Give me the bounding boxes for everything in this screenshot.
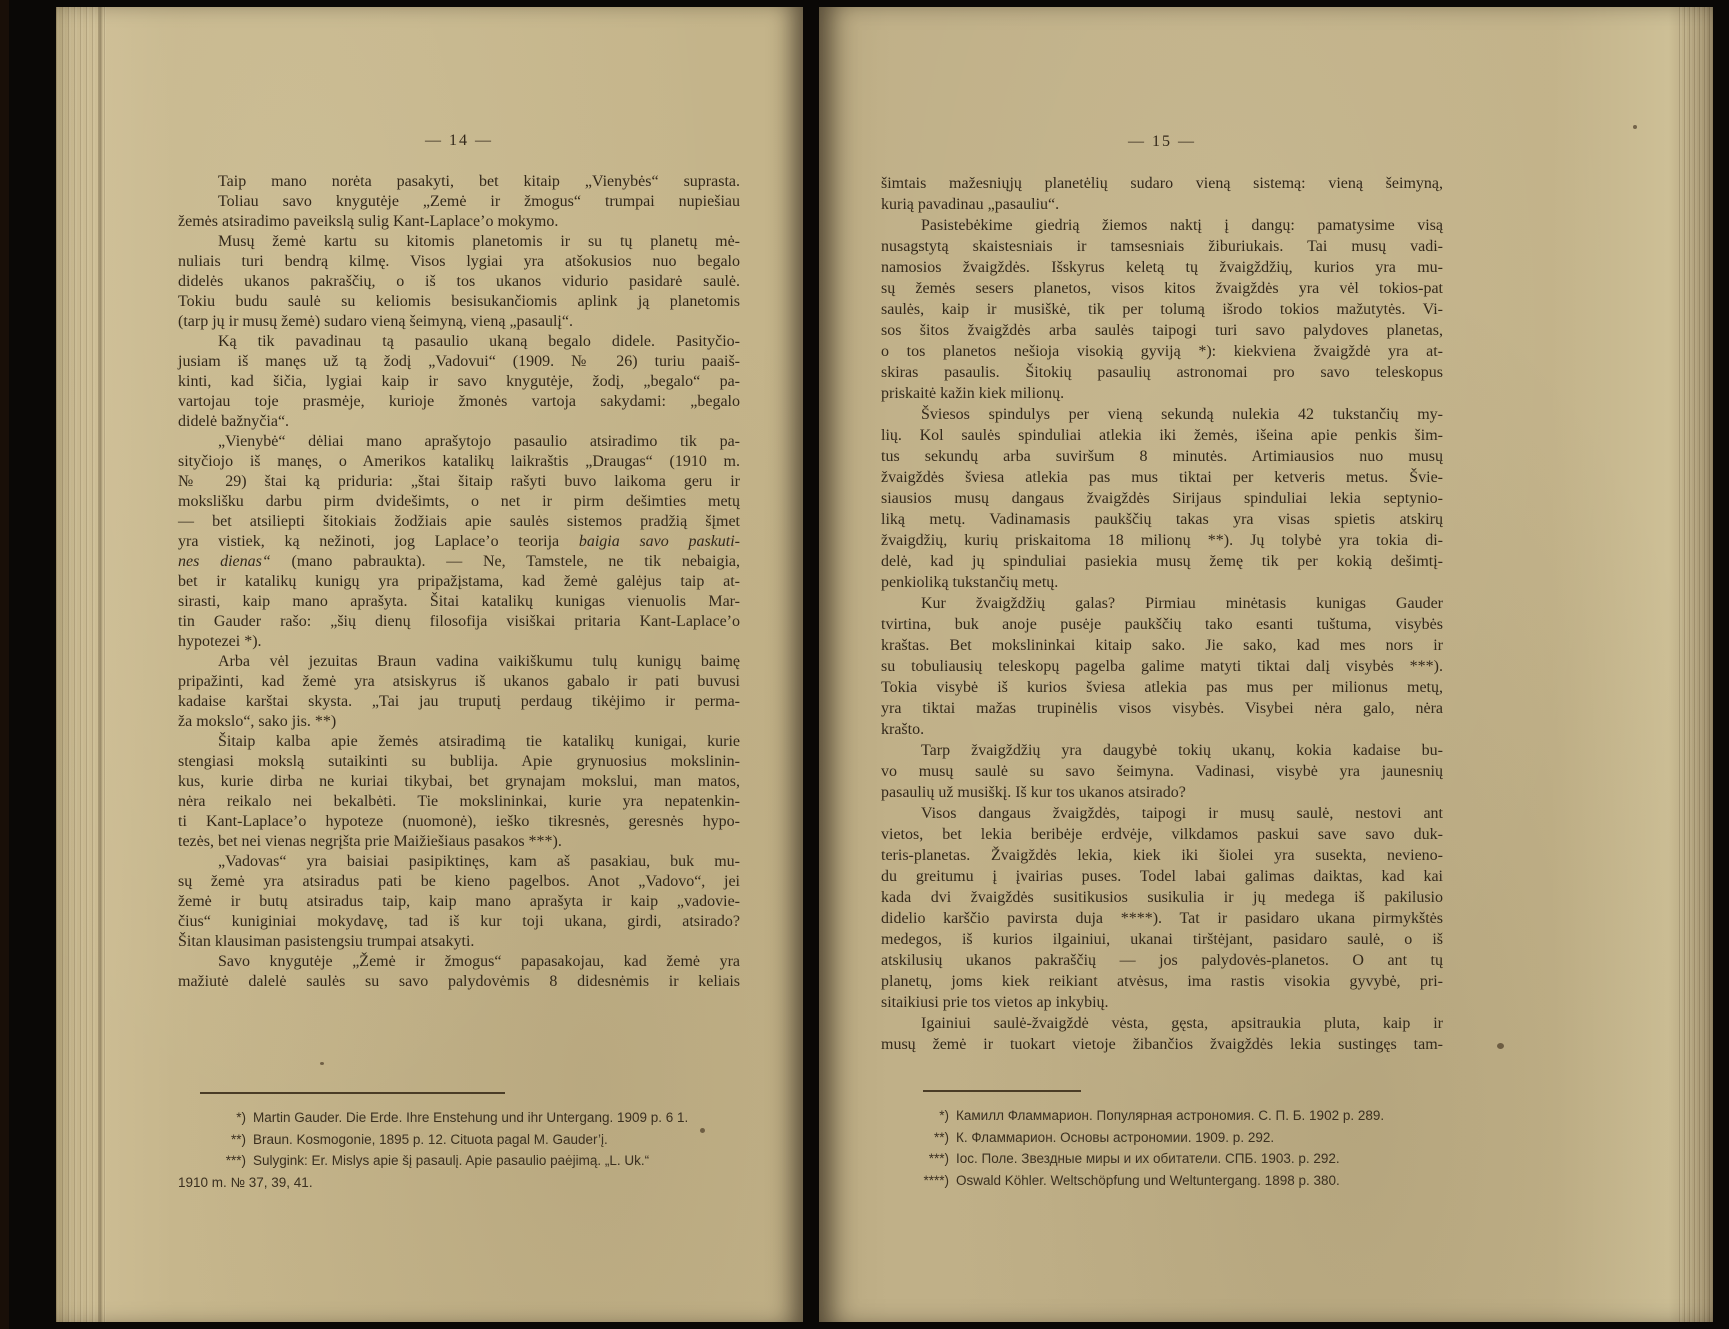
- footnote: 1910 m. № 37, 39, 41.: [178, 1172, 744, 1194]
- text-line: čius“ kuniginiai mokydavę, tad iš kur to…: [178, 912, 740, 932]
- text-line: du greitumu į įvairias puses. Todel laba…: [881, 866, 1443, 887]
- footnotes-left: *)Martin Gauder. Die Erde. Ihre Enstehun…: [178, 1092, 744, 1193]
- text-line: kinti, kad šičia, lygiai kaip ir savo kn…: [178, 372, 740, 392]
- text-line: sitaikiusi prie tos vietos ap inkybių.: [881, 992, 1443, 1013]
- text-line: mokslišku darbu pirm dvidešimts, o net i…: [178, 492, 740, 512]
- text-line: yra vistiek, ką nežinoti, jog Laplace’o …: [178, 532, 740, 552]
- footnote: ***)Sulygink: Er. Mislys apie šį pasaulį…: [178, 1150, 744, 1172]
- footnote-text: Oswald Köhler. Weltschöpfung und Weltunt…: [956, 1170, 1447, 1192]
- paragraph: šimtais mažesniųjų planetėlių sudaro vie…: [881, 173, 1443, 215]
- text-line: — bet atsiliepti šitokiais žodžiais apie…: [178, 512, 740, 532]
- text-line: vartojau toje prasmėje, kurioje žmonės v…: [178, 392, 740, 412]
- text-line: kurią pavadinau „pasauliu“.: [881, 194, 1443, 215]
- paragraph: Šitaip kalba apie žemės atsiradimą tie k…: [178, 732, 740, 852]
- page-body-right: šimtais mažesniųjų planetėlių sudaro vie…: [881, 173, 1443, 1055]
- text-line: yra tiktai mažas trupinėlis visos visybė…: [881, 698, 1443, 719]
- text-line: skiras pasaulis. Šitokių pasaulių astron…: [881, 362, 1443, 383]
- footnote: **)Braun. Kosmogonie, 1895 p. 12. Cituot…: [178, 1129, 744, 1151]
- text-line: kada dvi žvaigždės susitikusios susikuli…: [881, 887, 1443, 908]
- text-line: tezės, bet nei vienas negrįšta prie Maiž…: [178, 832, 740, 852]
- text-line: atskilusių ukanos pakraščių — jos palydo…: [881, 950, 1443, 971]
- text-column-right: — 15 — šimtais mažesniųjų planetėlių sud…: [881, 131, 1443, 1055]
- text-line: vietos, bet lekia beribėje erdvėje, vilk…: [881, 824, 1443, 845]
- text-line: žemė ir butų atsiradus taip, kaip mano a…: [178, 892, 740, 912]
- text-line: ža mokslo“, sako jis. **): [178, 712, 740, 732]
- text-line: Taip mano norėta pasakyti, bet kitaip „V…: [178, 172, 740, 192]
- ink-speck: [700, 1128, 705, 1133]
- text-line: sų žemės sesers planetos, visos kitos žv…: [881, 278, 1443, 299]
- paragraph: Kur žvaigždžių galas? Pirmiau minėtasis …: [881, 593, 1443, 740]
- text-line: o tos planetos nešioja visokią gyviją *)…: [881, 341, 1443, 362]
- text-line: bet ir katalikų kunigų yra pripažįstama,…: [178, 572, 740, 592]
- footnote: ***)Іос. Поле. Звездные миры и их обитат…: [881, 1148, 1447, 1170]
- text-line: nusagstytą skaistesniais ir tamsesniais …: [881, 236, 1443, 257]
- text-line: vo musų saulė su savo šeimyna. Vadinasi,…: [881, 761, 1443, 782]
- text-line: Kur žvaigždžių galas? Pirmiau minėtasis …: [881, 593, 1443, 614]
- text-line: lių. Kol saulės spinduliai atlekia iki ž…: [881, 425, 1443, 446]
- italic-text: nes dienas“: [178, 553, 271, 570]
- footnote-label: *): [178, 1107, 253, 1129]
- text-line: sos šitos žvaigždės arba saulės taipogi …: [881, 320, 1443, 341]
- footnote-list-left: *)Martin Gauder. Die Erde. Ihre Enstehun…: [178, 1107, 744, 1193]
- footnote: *)Камилл Фламмарион. Популярная астроном…: [881, 1105, 1447, 1127]
- footnote-label: **): [881, 1127, 956, 1149]
- text-line: planetų, joms kiek reikiant atvėsus, ima…: [881, 971, 1443, 992]
- text-line: penkioliką tukstančių metų.: [881, 572, 1443, 593]
- text-line: Tarp žvaigždžių yra daugybė tokių ukanų,…: [881, 740, 1443, 761]
- text-line: Igainiui saulė-žvaigždė vėsta, gęsta, ap…: [881, 1013, 1443, 1034]
- text-line: žemės atsiradimo paveikslą sulig Kant-La…: [178, 212, 740, 232]
- text-line: „Vienybė“ dėliai mano aprašytojo pasauli…: [178, 432, 740, 452]
- paragraph: „Vienybė“ dėliai mano aprašytojo pasauli…: [178, 432, 740, 652]
- text-column-left: — 14 — Taip mano norėta pasakyti, bet ki…: [178, 131, 740, 992]
- text-line: siausios musų dangaus žvaigždės Sirijaus…: [881, 488, 1443, 509]
- text-line: medegos, iš kurios ilgainiui, ukanai tir…: [881, 929, 1443, 950]
- paragraph: Pasistebėkime giedrią žiemos naktį į dan…: [881, 215, 1443, 404]
- paragraph: Taip mano norėta pasakyti, bet kitaip „V…: [178, 172, 740, 192]
- text-segment: (mano pabraukta). — Ne, Tamstele, ne tik…: [271, 553, 740, 570]
- book-spread: — 14 — Taip mano norėta pasakyti, bet ki…: [0, 0, 1729, 1329]
- text-line: nuliais turi bendrą kilmę. Visos lygiai …: [178, 252, 740, 272]
- text-line: priskaitė kažin kiek milionų.: [881, 383, 1443, 404]
- text-line: su tobuliausių teleskopų pagelba galime …: [881, 656, 1443, 677]
- text-line: Pasistebėkime giedrią žiemos naktį į dan…: [881, 215, 1443, 236]
- text-line: didelė bažnyčia“.: [178, 412, 740, 432]
- text-line: pasaulių už musiškį. Iš kur tos ukanos a…: [881, 782, 1443, 803]
- text-line: Šviesos spindulys per vieną sekundą nule…: [881, 404, 1443, 425]
- ink-speck: [1497, 1043, 1504, 1049]
- text-line: jusiam iš manęs už tą žodį „Vadovui“ (19…: [178, 352, 740, 372]
- text-line: (tarp jų ir musų žemė) sudaro vieną šeim…: [178, 312, 740, 332]
- ink-speck: [320, 1062, 324, 1065]
- text-line: mažiutė dalelė saulės su savo palydovėmi…: [178, 972, 740, 992]
- text-line: nes dienas“ (mano pabraukta). — Ne, Tams…: [178, 552, 740, 572]
- paragraph: Šviesos spindulys per vieną sekundą nule…: [881, 404, 1443, 593]
- footnote-text: Sulygink: Er. Mislys apie šį pasaulį. Ap…: [253, 1150, 744, 1172]
- footnote-list-right: *)Камилл Фламмарион. Популярная астроном…: [881, 1105, 1447, 1191]
- footnote-text: К. Фламмарион. Основы астрономии. 1909. …: [956, 1127, 1447, 1149]
- text-line: Musų žemė kartu su kitomis planetomis ir…: [178, 232, 740, 252]
- footnote-label: ***): [178, 1150, 253, 1172]
- footnote-text: Martin Gauder. Die Erde. Ihre Enstehung …: [253, 1107, 744, 1129]
- footnote-rule: [923, 1090, 1081, 1092]
- text-line: „Vadovas“ yra baisiai pasipiktinęs, kam …: [178, 852, 740, 872]
- footnote-label: ***): [881, 1148, 956, 1170]
- paragraph: Visos dangaus žvaigždės, taipogi ir musų…: [881, 803, 1443, 1013]
- text-line: sų žemė yra atsiradus pati be kieno page…: [178, 872, 740, 892]
- text-line: didelės ukanos pakraščių, o iš tos ukano…: [178, 272, 740, 292]
- text-line: Ką tik pavadinau tą pasaulio ukaną begal…: [178, 332, 740, 352]
- paragraph: Tarp žvaigždžių yra daugybė tokių ukanų,…: [881, 740, 1443, 803]
- text-line: kadaise karštai skysta. „Tai jau truputį…: [178, 692, 740, 712]
- text-line: kus, kurie dirba ne kuriai tikybai, bet …: [178, 772, 740, 792]
- paragraph: Ką tik pavadinau tą pasaulio ukaną begal…: [178, 332, 740, 432]
- text-line: tus sekundų arba suviršum 8 minutės. Art…: [881, 446, 1443, 467]
- text-segment: yra vistiek, ką nežinoti, jog Laplace’o …: [178, 533, 579, 550]
- page-body-left: Taip mano norėta pasakyti, bet kitaip „V…: [178, 172, 740, 992]
- italic-text: baigia savo paskuti-: [579, 533, 740, 550]
- text-line: tvirtina, buk anoje pusėje paukščių tako…: [881, 614, 1443, 635]
- text-line: šimtais mažesniųjų planetėlių sudaro vie…: [881, 173, 1443, 194]
- footnote-text: Камилл Фламмарион. Популярная астрономия…: [956, 1105, 1447, 1127]
- footnote-label: **): [178, 1129, 253, 1151]
- text-line: sirasti, kaip mano aprašyta. Šitai katal…: [178, 592, 740, 612]
- text-line: Šitaip kalba apie žemės atsiradimą tie k…: [178, 732, 740, 752]
- text-line: kraštas. Bet mokslininkai kitaip sako. J…: [881, 635, 1443, 656]
- paragraph: „Vadovas“ yra baisiai pasipiktinęs, kam …: [178, 852, 740, 952]
- footnote-label: ****): [881, 1170, 956, 1192]
- text-line: tin Gauder rašo: „šių dienų filosofija v…: [178, 612, 740, 632]
- text-line: Savo knygutėje „Žemė ir žmogus“ papasako…: [178, 952, 740, 972]
- text-line: musų žemė ir tuokart vietoje žibančios ž…: [881, 1034, 1443, 1055]
- text-line: Tokiu budu saulė su keliomis besisukanči…: [178, 292, 740, 312]
- text-line: žvaigždės šviesa atlekia pas mus tiktai …: [881, 467, 1443, 488]
- text-line: Arba vėl jezuitas Braun vadina vaikiškum…: [178, 652, 740, 672]
- text-line: № 29) štai ką priduria: „štai šitaip raš…: [178, 472, 740, 492]
- paragraph: Savo knygutėje „Žemė ir žmogus“ papasako…: [178, 952, 740, 992]
- footnote-text: 1910 m. № 37, 39, 41.: [178, 1175, 313, 1190]
- footnote: **)К. Фламмарион. Основы астрономии. 190…: [881, 1127, 1447, 1149]
- text-line: saulės, kaip ir musiškė, tik per tolumą …: [881, 299, 1443, 320]
- text-line: liką metų. Vadinamasis paukščių takas yr…: [881, 509, 1443, 530]
- footnote: *)Martin Gauder. Die Erde. Ihre Enstehun…: [178, 1107, 744, 1129]
- paragraph: Arba vėl jezuitas Braun vadina vaikiškum…: [178, 652, 740, 732]
- text-line: didelio karščio pavirsta duja ****). Tat…: [881, 908, 1443, 929]
- footnote-text: Іос. Поле. Звездные миры и их обитатели.…: [956, 1148, 1447, 1170]
- text-line: ti Kant-Laplace’o hypoteze (nuomonė), ie…: [178, 812, 740, 832]
- page-number-left: — 14 —: [178, 131, 740, 151]
- footnotes-right: *)Камилл Фламмарион. Популярная астроном…: [881, 1090, 1447, 1191]
- footnote: ****)Oswald Köhler. Weltschöpfung und We…: [881, 1170, 1447, 1192]
- text-line: namosios žvaigždės. Išskyrus keletą tų ž…: [881, 257, 1443, 278]
- text-line: Visos dangaus žvaigždės, taipogi ir musų…: [881, 803, 1443, 824]
- page-number-right: — 15 —: [881, 131, 1443, 152]
- book-cover-edge: [0, 0, 9, 1329]
- text-line: pripažinti, kad žemė yra atsiskyrus iš u…: [178, 672, 740, 692]
- text-line: hypotezei *).: [178, 632, 740, 652]
- paragraph: Toliau savo knygutėje „Zemė ir žmogus“ t…: [178, 192, 740, 232]
- text-line: teris-planetas. Žvaigždės lekia, kiek ik…: [881, 845, 1443, 866]
- text-line: stengiasi mokslą sutaikinti su bublija. …: [178, 752, 740, 772]
- ink-speck: [1633, 125, 1637, 129]
- text-line: Šitan klausiman pasistengsiu trumpai ats…: [178, 932, 740, 952]
- paragraph: Igainiui saulė-žvaigždė vėsta, gęsta, ap…: [881, 1013, 1443, 1055]
- text-line: Toliau savo knygutėje „Zemė ir žmogus“ t…: [178, 192, 740, 212]
- text-line: sityčiojo iš manęs, o Amerikos katalikų …: [178, 452, 740, 472]
- text-line: žvaigdžių, kurių priskaitoma 18 milionų …: [881, 530, 1443, 551]
- footnote-text: Braun. Kosmogonie, 1895 p. 12. Cituota p…: [253, 1129, 744, 1151]
- text-line: krašto.: [881, 719, 1443, 740]
- footnote-rule: [200, 1092, 505, 1094]
- paragraph: Musų žemė kartu su kitomis planetomis ir…: [178, 232, 740, 332]
- footnote-label: *): [881, 1105, 956, 1127]
- text-line: Tokia visybė iš kurios šviesa atlekia pa…: [881, 677, 1443, 698]
- text-line: delė, kad jų spinduliai pasiekia musų že…: [881, 551, 1443, 572]
- text-line: nėra reikalo nei bekalbėti. Tie mokslini…: [178, 792, 740, 812]
